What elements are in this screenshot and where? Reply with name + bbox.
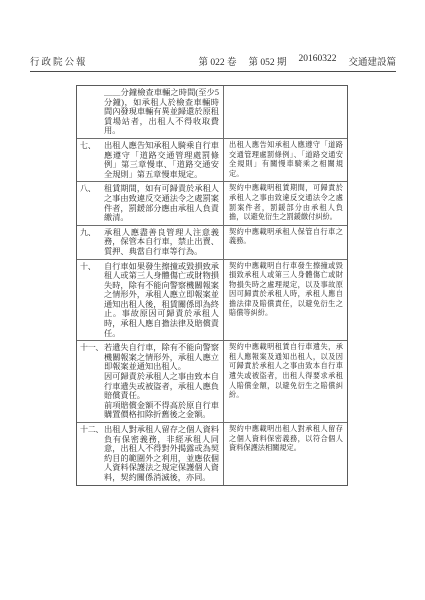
gazette-title: 行政院公報 [30,54,88,68]
table-row: ＿＿分鐘檢查車輛之時間(至少5分鐘)，如承租人於檢查車輛時間內發現車輛有異並歸還… [77,86,347,138]
table-row: 九、承租人應盡善良管理人注意義務，保管本自行車，禁止出賣、質押、典當自行車等行為… [77,225,347,259]
clause-number: 九、 [80,228,95,238]
volume-label: 第 022 卷 [198,54,236,68]
table-row: 八、租賃期間，如有可歸責於承租人之事由致違反交通法令之處罰案件者，罰鍰部分應由承… [77,181,347,224]
explanation-cell: 契約中應載明租賃自行車遺失，承租人應報案及通知出租人，以及因可歸責於承租人之事由… [223,341,347,422]
clause-cell: 十二、出租人對承租人留存之個人資料負有保密義務，非經承租人同意，出租人不得對外揭… [77,423,223,485]
clause-number: 十一、 [80,343,103,353]
clause-text: 出租人對承租人留存之個人資料負有保密義務，非經承租人同意，出租人不得對外揭露或為… [104,425,219,482]
clause-text: ＿＿分鐘檢查車輛之時間(至少5分鐘)，如承租人於檢查車輛時間內發現車輛有異並歸還… [104,88,219,135]
explanation-cell: 契約中應載明承租人保管自行車之義務。 [223,226,347,259]
page-header: 行政院公報 第 022 卷 第 052 期 20160322 交通建設篇 [30,52,396,72]
clause-cell: 九、承租人應盡善良管理人注意義務，保管本自行車，禁止出賣、質押、典當自行車等行為… [77,226,223,259]
clause-number: 十、 [80,262,95,272]
explanation-cell [223,86,347,138]
table-row: 十一、若遺失自行車，除有不能向警察機關報案之情形外，承租人應立即報案並通知出租人… [77,340,347,422]
clause-text: 自行車如果發生擦撞或毀損致承租人或第三人身體傷亡或財物損失時，除有不能向警察機關… [104,262,219,338]
clause-cell: 十、自行車如果發生擦撞或毀損致承租人或第三人身體傷亡或財物損失時，除有不能向警察… [77,260,223,341]
header-meta: 第 022 卷 第 052 期 20160322 交通建設篇 [198,54,396,68]
clause-text: 承租人應盡善良管理人注意義務，保管本自行車，禁止出賣、質押、典當自行車等行為。 [104,228,219,256]
date-label: 20160322 [298,54,336,68]
explanation-cell: 契約中應載明自行車發生擦撞或毀損致承租人或第三人身體傷亡或財物損失時之處理規定，… [223,260,347,341]
clause-cell: 七、出租人應告知承租人騎乘自行車應遵守「道路交通管理處罰條例」第三章慢車、「道路… [77,139,223,181]
clause-text: 若遺失自行車，除有不能向警察機關報案之情形外，承租人應立即報案並通知出租人。 因… [104,343,219,419]
table-row: 十、自行車如果發生擦撞或毀損致承租人或第三人身體傷亡或財物損失時，除有不能向警察… [77,259,347,341]
explanation-cell: 契約中應載明出租人對承租人留存之個人資料保密義務，以符合個人資料保護法相關規定。 [223,423,347,485]
clause-text: 租賃期間，如有可歸責於承租人之事由致違反交通法令之處罰案件者，罰鍰部分應由承租人… [104,184,219,222]
clause-number: 八、 [80,184,95,194]
clause-cell: 十一、若遺失自行車，除有不能向警察機關報案之情形外，承租人應立即報案並通知出租人… [77,341,223,422]
clause-text: 出租人應告知承租人騎乘自行車應遵守「道路交通管理處罰條例」第三章慢車、「道路交通… [104,141,219,179]
clause-number: 十二、 [80,425,103,435]
gazette-page: 行政院公報 第 022 卷 第 052 期 20160322 交通建設篇 ＿＿分… [0,0,425,600]
explanation-cell: 契約中應載明租賃期間，可歸責於承租人之事由致違反交通法令之處罰案件者，罰鍰部分由… [223,182,347,224]
clause-cell: ＿＿分鐘檢查車輛之時間(至少5分鐘)，如承租人於檢查車輛時間內發現車輛有異並歸還… [77,86,223,138]
explanation-cell: 出租人應告知承租人應遵守「道路交通管理處罰條例」、「道路交通安全規則」有關慢車騎… [223,139,347,181]
clause-cell: 八、租賃期間，如有可歸責於承租人之事由致違反交通法令之處罰案件者，罰鍰部分應由承… [77,182,223,224]
issue-label: 第 052 期 [248,54,286,68]
table-row: 七、出租人應告知承租人騎乘自行車應遵守「道路交通管理處罰條例」第三章慢車、「道路… [77,138,347,181]
clause-number: 七、 [80,141,95,151]
section-label: 交通建設篇 [348,54,396,68]
table-row: 十二、出租人對承租人留存之個人資料負有保密義務，非經承租人同意，出租人不得對外揭… [77,422,347,485]
contract-clause-table: ＿＿分鐘檢查車輛之時間(至少5分鐘)，如承租人於檢查車輛時間內發現車輛有異並歸還… [76,85,348,486]
